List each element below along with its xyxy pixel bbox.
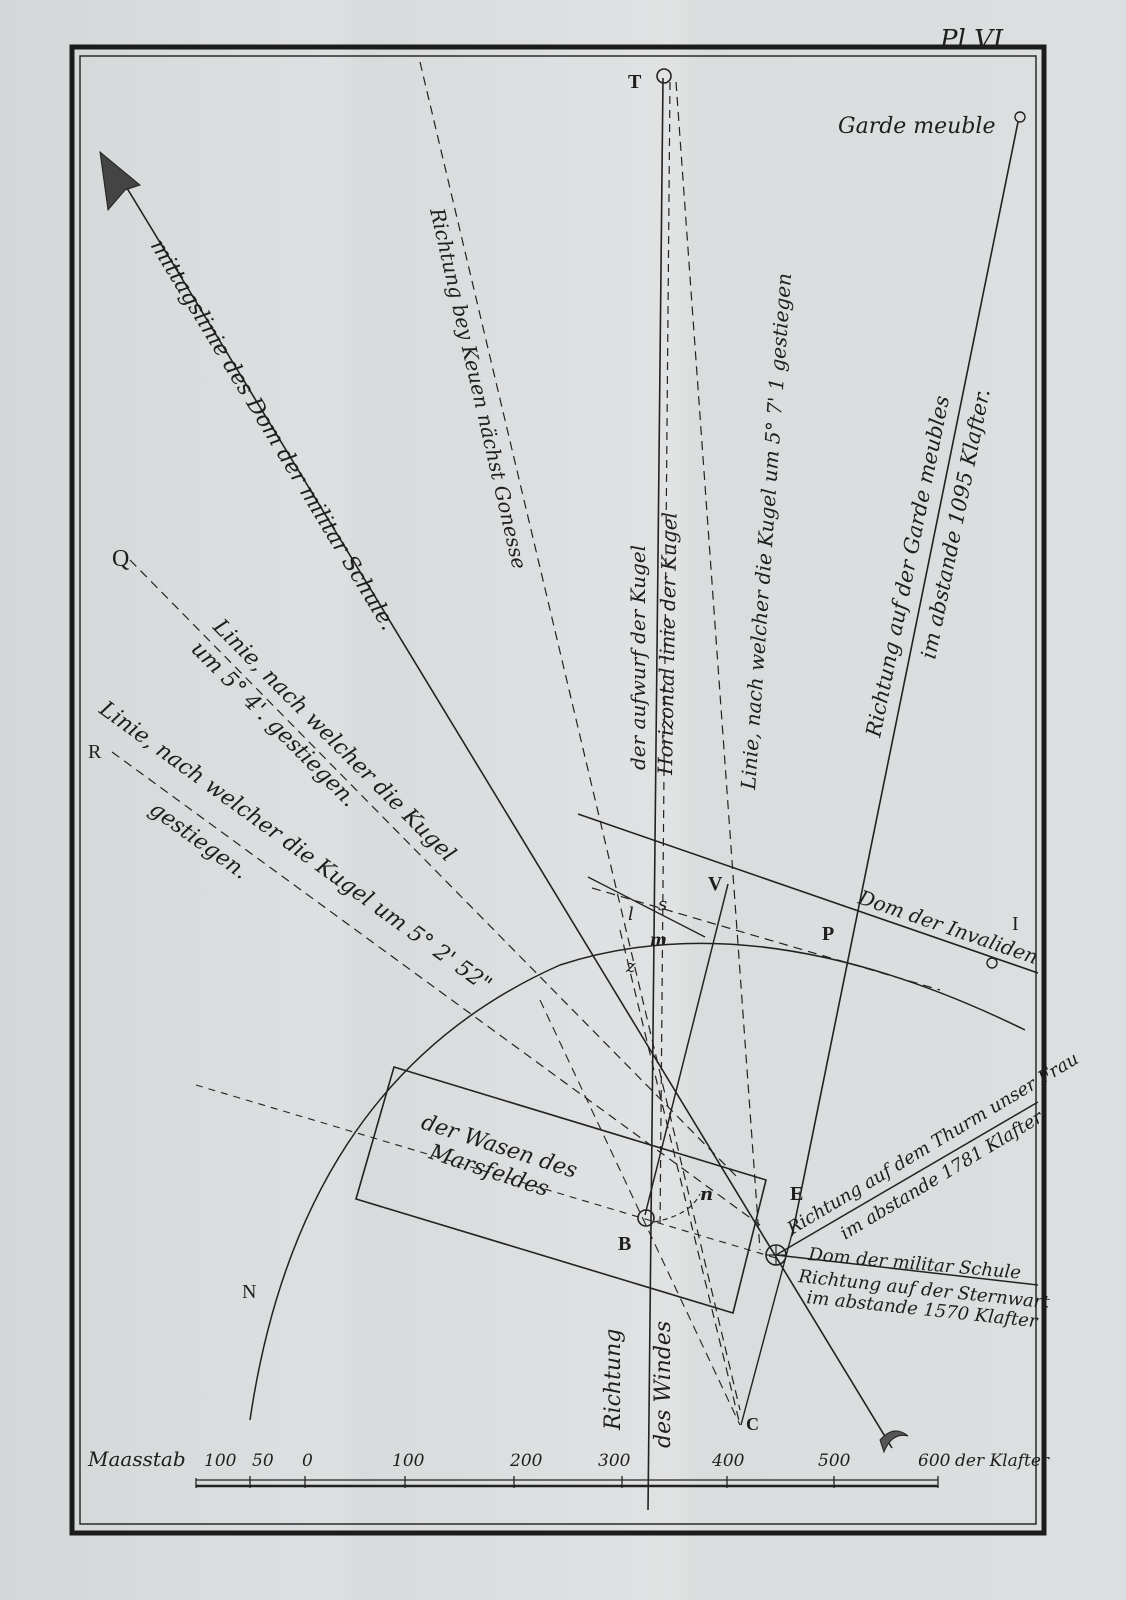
scale-tick-50: 50 <box>252 1451 274 1471</box>
dashed-arc-B-n <box>654 1194 700 1222</box>
dashed-line-keuen <box>420 62 740 1410</box>
scale-tick-500: 500 <box>818 1451 851 1471</box>
label-linie-5-7: Linie, nach welcher die Kugel um 5° 7' 1… <box>736 272 796 791</box>
point-E: E <box>790 1183 803 1205</box>
invaliden-marker <box>987 958 997 968</box>
scale-unit: der Klafter <box>955 1451 1050 1471</box>
plate-diagram: Pl.VI. mittagslinie des Dom der militar … <box>0 0 1126 1600</box>
point-m: m <box>650 930 667 949</box>
point-R: R <box>88 741 102 763</box>
point-l: l <box>628 904 634 925</box>
arrow-head-icon <box>100 152 140 210</box>
dashed-line-to-C <box>620 930 740 1425</box>
point-s: s <box>658 894 667 915</box>
point-C: C <box>746 1414 759 1434</box>
scale-tick-200: 200 <box>509 1451 543 1471</box>
point-N: N <box>242 1281 256 1303</box>
point-Q: Q <box>112 546 129 572</box>
point-T: T <box>628 71 642 93</box>
point-V: V <box>708 873 723 895</box>
vertical-line-T <box>648 78 663 1510</box>
scale-tick-100: 100 <box>392 1451 425 1471</box>
line-garde-meuble <box>792 122 1018 1236</box>
scale-tick-600: 600 <box>918 1451 951 1471</box>
line-dom-invaliden <box>578 814 1038 973</box>
scale-tick-0: 0 <box>302 1451 313 1471</box>
label-thurm-1: Richtung auf dem Thurm unser Frau <box>783 1048 1082 1239</box>
point-n: n <box>700 1184 713 1205</box>
scale-label: Maasstab <box>87 1447 186 1471</box>
point-z: z <box>625 956 636 977</box>
label-linie-q-1: Linie, nach welcher die Kugel <box>207 614 460 867</box>
arc-line <box>250 943 1025 1420</box>
point-B: B <box>618 1233 631 1255</box>
scale-tick-300: 300 <box>598 1451 631 1471</box>
scale-tick-100-left: 100 <box>204 1451 237 1471</box>
point-I: I <box>1012 913 1019 935</box>
scale-bar <box>196 1476 938 1488</box>
line-l-s <box>588 877 705 937</box>
label-wind-2: des Windes <box>651 1321 676 1448</box>
point-P: P <box>822 923 834 945</box>
garde-meuble-marker <box>1015 112 1025 122</box>
label-horizontal: Horizontal linie der Kugel <box>653 512 682 776</box>
label-mittagslinie: mittagslinie des Dom der militar Schule. <box>145 235 401 635</box>
point-T-marker <box>657 69 671 83</box>
label-garde-meuble: Garde meuble <box>838 114 996 139</box>
label-aufwurf: der aufwurf der Kugel <box>626 545 650 770</box>
label-richtung-keuen: Richtung bey Keuen nächst Gonesse <box>425 205 532 572</box>
scale-tick-400: 400 <box>711 1451 745 1471</box>
plate-title: Pl.VI. <box>939 25 1011 55</box>
label-wind-1: Richtung <box>601 1329 626 1431</box>
